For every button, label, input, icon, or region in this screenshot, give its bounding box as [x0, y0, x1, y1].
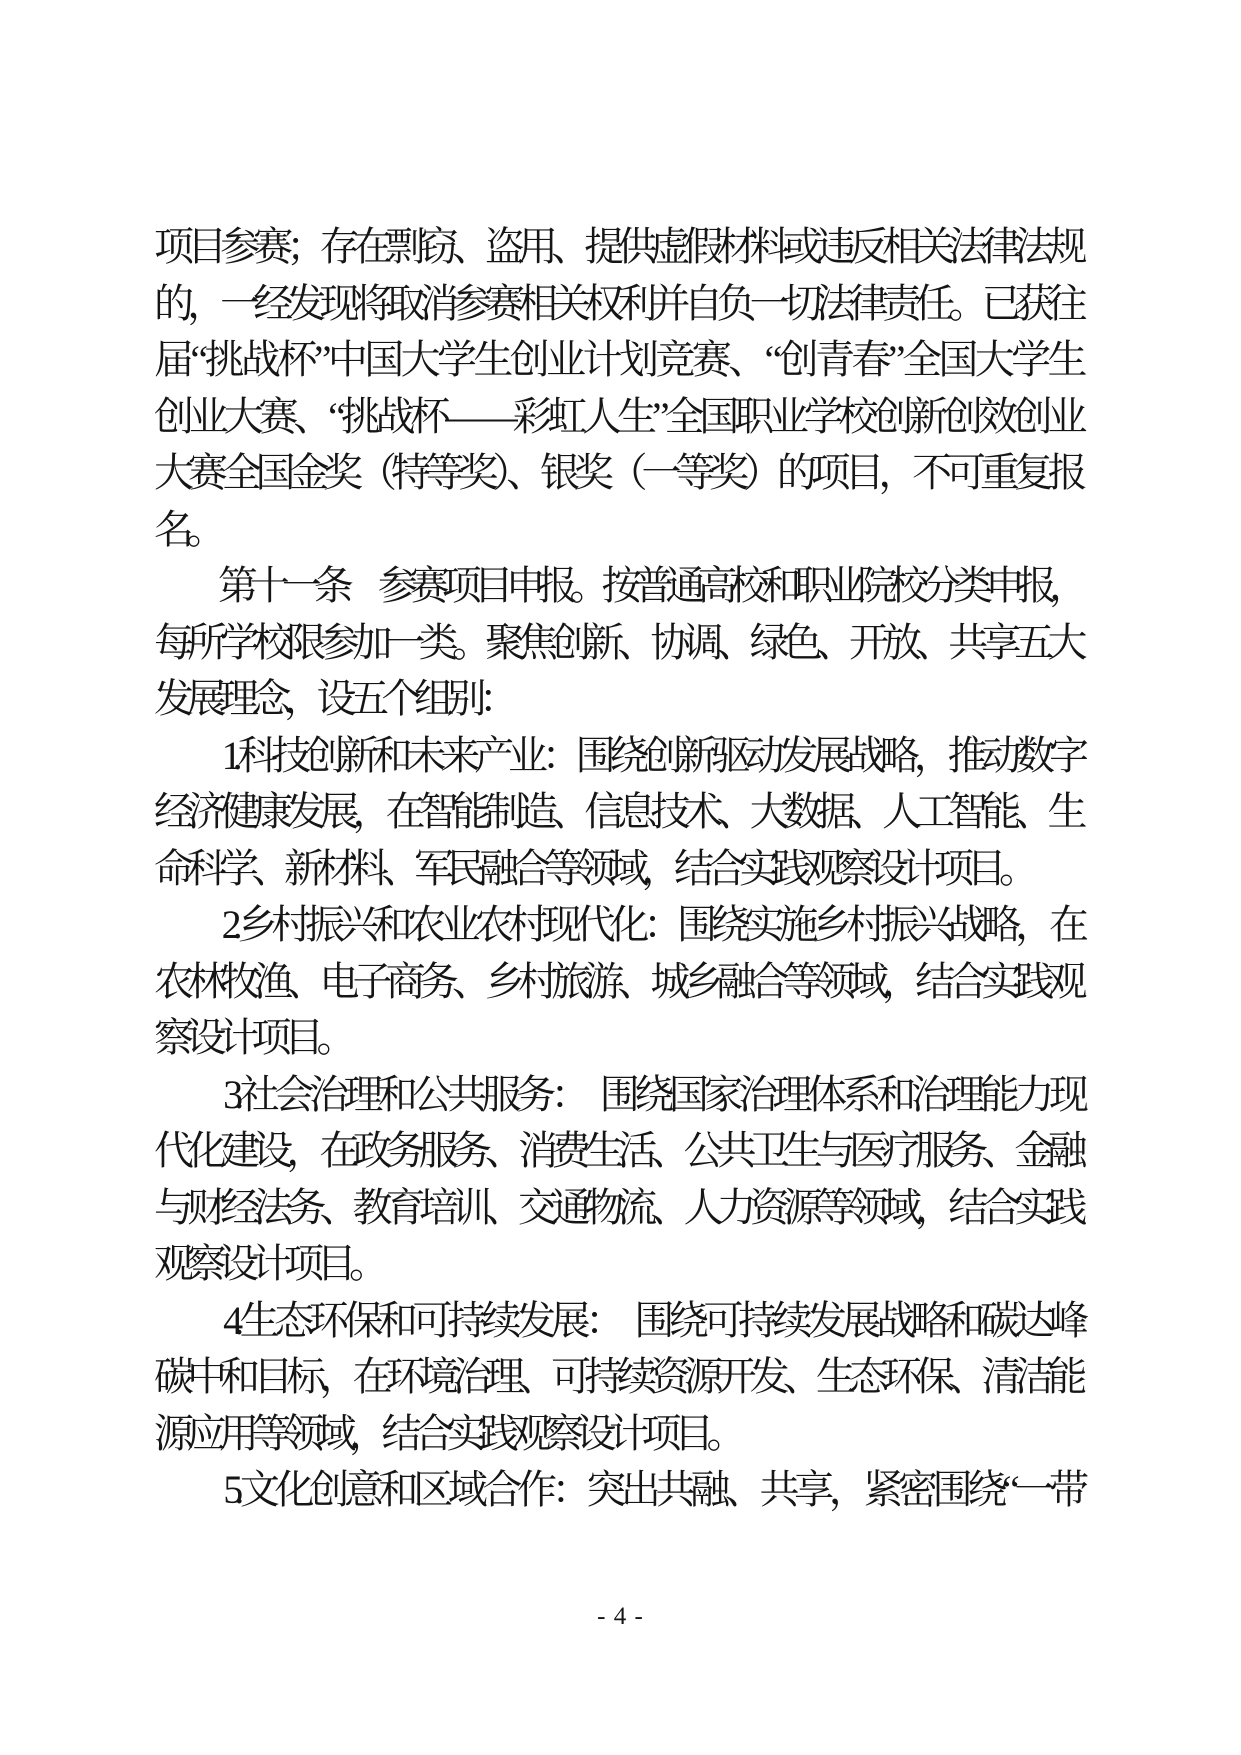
text-line: 农林牧渔、电子商务、乡村旅游、城乡融合等领域，结合实践观: [154, 954, 1080, 1011]
text-line: 经济健康发展，在智能制造、信息技术、大数据、人工智能、生: [154, 784, 1080, 841]
text-line: 观察设计项目。: [154, 1236, 1080, 1293]
text-block: 项目参赛；存在剽窃、盗用、提供虚假材料或违反相关法律法规的，一经发现将取消参赛相…: [154, 219, 1080, 1519]
text-line: 大赛全国金奖（特等奖）、银奖（一等奖）的项目，不可重复报: [154, 445, 1080, 502]
page-footer: - 4 -: [0, 1603, 1241, 1631]
text-line: 源应用等领域，结合实践观察设计项目。: [154, 1406, 1080, 1463]
text-line: 届“挑战杯”中国大学生创业计划竞赛、“创青春”全国大学生: [154, 332, 1080, 389]
text-line: 发展理念，设五个组别：: [154, 671, 1080, 728]
text-line: 与财经法务、教育培训、交通物流、人力资源等领域，结合实践: [154, 1180, 1080, 1237]
text-line: 的，一经发现将取消参赛相关权利并自负一切法律责任。已获往: [154, 276, 1080, 333]
text-line: 3. 社会治理和公共服务： 围绕国家治理体系和治理能力现: [154, 1067, 1080, 1124]
text-line: 每所学校限参加一类。聚焦创新、协调、绿色、开放、共享五大: [154, 615, 1080, 672]
text-line: 命科学、新材料、军民融合等领域，结合实践观察设计项目。: [154, 841, 1080, 898]
text-line: 名。: [154, 502, 1080, 559]
text-line: 项目参赛；存在剽窃、盗用、提供虚假材料或违反相关法律法规: [154, 219, 1080, 276]
document-page: 项目参赛；存在剽窃、盗用、提供虚假材料或违反相关法律法规的，一经发现将取消参赛相…: [0, 0, 1241, 1755]
text-line: 2. 乡村振兴和农业农村现代化：围绕实施乡村振兴战略，在: [154, 897, 1080, 954]
text-line: 创业大赛、“挑战杯——彩虹人生”全国职业学校创新创效创业: [154, 389, 1080, 446]
text-line: 碳中和目标，在环境治理、可持续资源开发、生态环保、清洁能: [154, 1349, 1080, 1406]
text-line: 代化建设，在政务服务、消费生活、公共卫生与医疗服务、金融: [154, 1123, 1080, 1180]
text-line: 4. 生态环保和可持续发展： 围绕可持续发展战略和碳达峰: [154, 1293, 1080, 1350]
text-line: 察设计项目。: [154, 1010, 1080, 1067]
text-line: 1. 科技创新和未来产业：围绕创新驱动发展战略，推动数字: [154, 728, 1080, 785]
text-line: 5. 文化创意和区域合作：突出共融、共享，紧密围绕“一带: [154, 1462, 1080, 1519]
text-line: 第十一条 参赛项目申报。按普通高校和职业院校分类申报，: [154, 558, 1080, 615]
page-number: - 4 -: [597, 1603, 644, 1630]
